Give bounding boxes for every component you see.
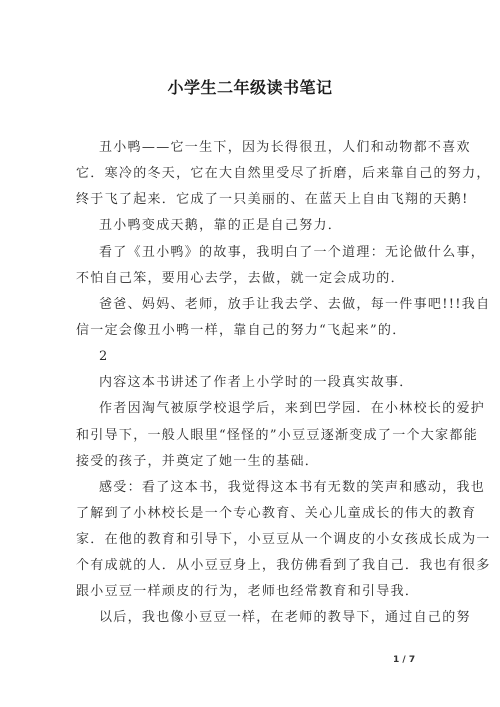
text-line: 家．在他的教育和引导下，小豆豆从一个调皮的小女孩成长成为一 xyxy=(76,531,438,549)
text-line: 和引导下，一般人眼里“怪怪的”小豆豆逐渐变成了一个大家都能 xyxy=(76,427,438,445)
text-line: 了解到了小林校长是一个专心教育、关心儿童成长的伟大的教育 xyxy=(76,505,438,523)
text-line: 内容这本书讲述了作者上小学时的一段真实故事． xyxy=(99,374,438,392)
text-line: 2 xyxy=(99,348,438,366)
text-line: 不怕自己笨，要用心去学，去做，就一定会成功的． xyxy=(76,270,438,288)
document-title: 小学生二年级读书笔记 xyxy=(0,75,500,98)
text-line: 跟小豆豆一样顽皮的行为，老师也经常教育和引导我． xyxy=(76,583,438,601)
page-indicator: 1 / 7 xyxy=(393,655,415,665)
text-line: 看了《丑小鸭》的故事，我明白了一个道理：无论做什么事， xyxy=(99,244,438,262)
text-line: 爸爸、妈妈、老师，放手让我去学、去做，每一件事吧!!!我自 xyxy=(99,296,438,314)
text-line: 丑小鸭变成天鹅，靠的正是自己努力． xyxy=(99,217,438,235)
text-line: 丑小鸭——它一生下，因为长得很丑，人们和动物都不喜欢 xyxy=(99,139,438,157)
text-line: 接受的孩子，并奠定了她一生的基础． xyxy=(76,453,438,471)
text-line: 以后，我也像小豆豆一样，在老师的教导下，通过自己的努 xyxy=(99,609,438,627)
text-line: 信一定会像丑小鸭一样，靠自己的努力“飞起来”的． xyxy=(76,322,438,340)
text-line: 作者因淘气被原学校退学后，来到巴学园．在小林校长的爱护 xyxy=(99,400,438,418)
text-line: 个有成就的人．从小豆豆身上，我仿佛看到了我自己．我也有很多 xyxy=(76,557,438,575)
text-line: 感受：看了这本书，我觉得这本书有无数的笑声和感动，我也 xyxy=(99,479,438,497)
text-line: 终于飞了起来．它成了一只美丽的、在蓝天上自由飞翔的天鹅! xyxy=(76,191,438,209)
text-line: 它．寒冷的冬天，它在大自然里受尽了折磨，后来靠自己的努力， xyxy=(76,165,438,183)
